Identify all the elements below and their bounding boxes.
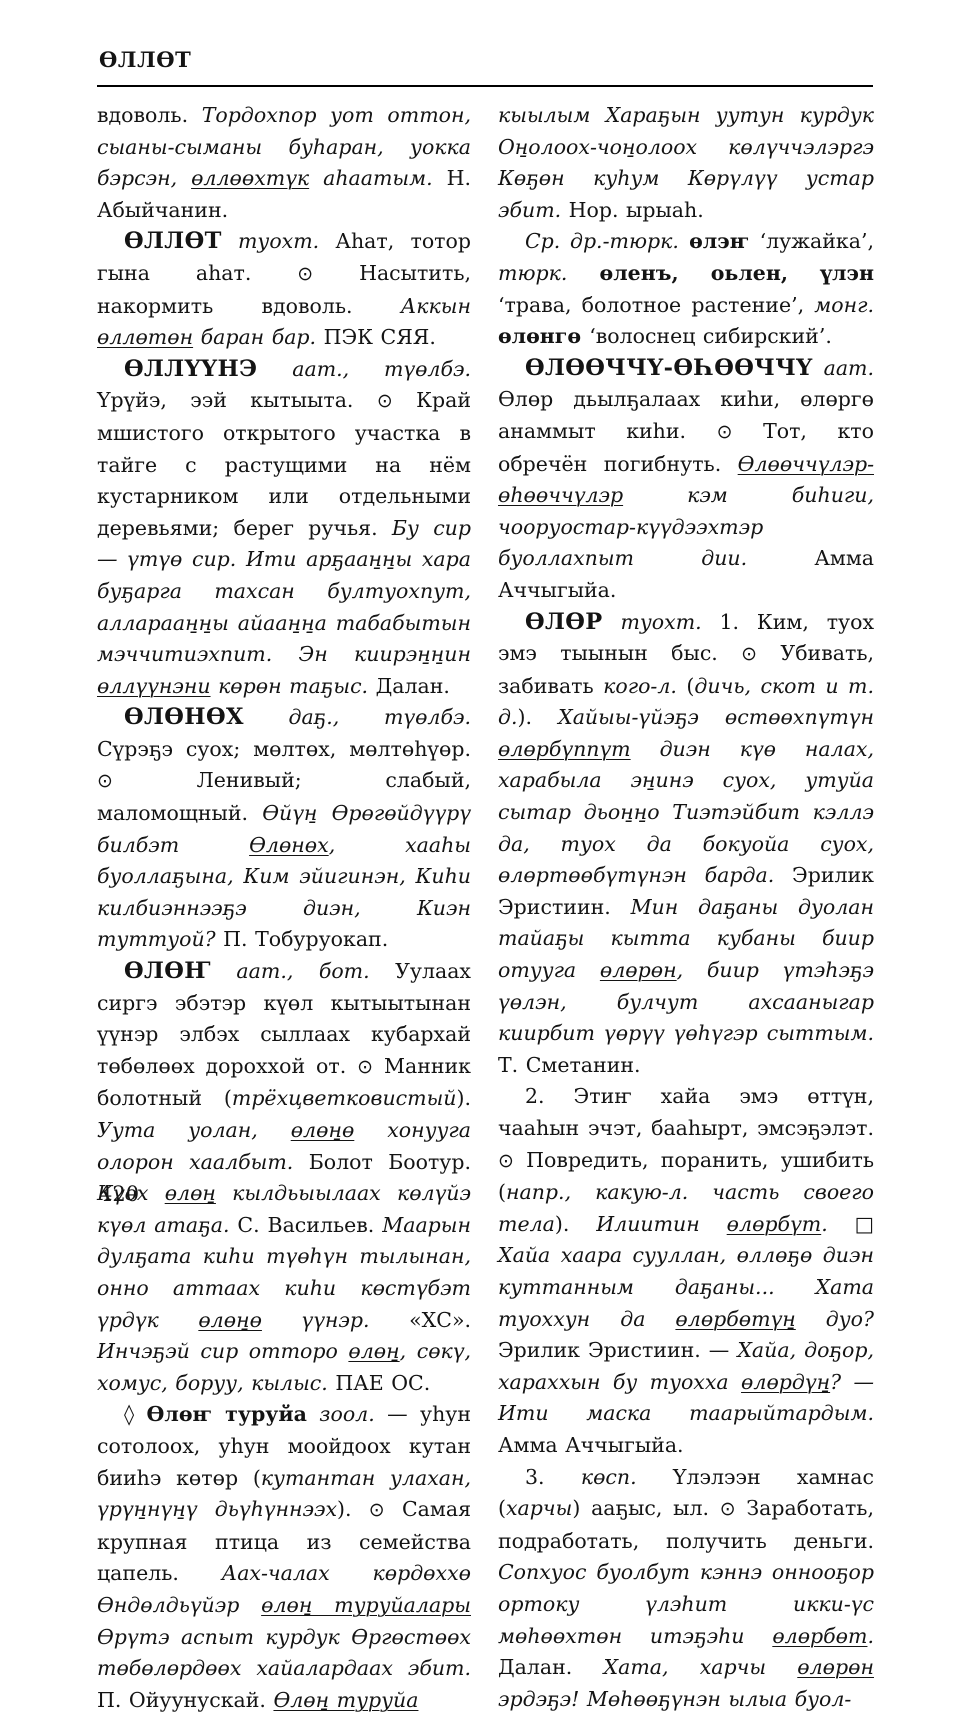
definition-marker-icon: ⊙ (717, 421, 733, 443)
definition-marker-icon: ⊙ (720, 1498, 736, 1520)
italic-run: туохт. (603, 610, 702, 634)
italic-run: зоол. (307, 1402, 375, 1426)
paragraph: ӨЛӨНӨХ даҕ., түөлбэ. Сүрэҕэ суох; мөлтөх… (97, 702, 471, 956)
definition-marker-icon: ⊙ (377, 390, 393, 412)
italic-run: трёхцветковистый (232, 1086, 457, 1110)
headword: ӨЛЛҮҮНЭ (124, 356, 257, 382)
text-run: «ХС». (370, 1308, 479, 1332)
text-run: ( (677, 674, 694, 698)
italic-run: туохт. (222, 229, 319, 253)
diamond-marker-icon: ◊ (124, 1402, 147, 1426)
italic-run: Инчэҕэй сир отторо (97, 1339, 348, 1363)
definition-marker-icon: ⊙ (357, 1056, 373, 1078)
running-head: ӨЛЛӨТ (99, 47, 191, 72)
italic-run: Илиитин (596, 1212, 726, 1236)
underlined-example: өллөөхтүк (191, 166, 309, 190)
definition-marker-icon: ⊙ (741, 643, 757, 665)
text-run: ПЭК СЯЯ. (316, 325, 436, 349)
text-run: ПАЕ ОС. (328, 1371, 430, 1395)
text-run: ). (555, 1212, 596, 1236)
underlined-example: өлөрдүн̱ (741, 1370, 830, 1394)
paragraph: вдоволь. Тордохпор уот оттон, сыаны-сыма… (97, 100, 471, 226)
headword: ӨЛӨҤ (124, 958, 211, 984)
underlined-example: өлөн̱ туруйалары (261, 1593, 471, 1617)
underlined-example: өлөрбөт (772, 1624, 867, 1648)
headword: ӨЛӨӨЧЧҮ-ӨҺӨӨЧЧҮ (525, 355, 813, 381)
text-run: Далан. (368, 674, 450, 698)
text-run: ‘лужайка’, (760, 229, 882, 253)
italic-run: баран бар. (193, 325, 316, 349)
italic-run: Уута уолан, (97, 1118, 291, 1142)
italic-run: Хата, харчы (604, 1655, 798, 1679)
italic-run: аат., түөлбэ. (257, 357, 471, 381)
text-run: ) ааҕыс, ыл. (572, 1496, 719, 1520)
underlined-example: өлөрбүт (727, 1212, 822, 1236)
underlined-example: өлөн̱ (165, 1181, 216, 1205)
italic-run: Ср. др.-тюрк. (525, 229, 679, 253)
italic-run: көсп. (581, 1465, 637, 1489)
right-column: кыылым Хараҕын уутун курдук Он̱олоох-чон… (498, 100, 874, 1715)
text-run: ). (518, 705, 559, 729)
italic-run: аһаатым. (309, 166, 432, 190)
underlined-example: өлөн̱ (348, 1339, 399, 1363)
underlined-example: өллүүнэни (97, 674, 211, 698)
text-run: С. Васильев. (229, 1213, 382, 1237)
paragraph: 3. көсп. Үлэлээн хамнас (харчы) ааҕыс, ы… (498, 1462, 874, 1716)
text-run: П. Тобуруокап. (216, 927, 389, 951)
paragraph: 2. Этиҥ хайа эмэ өттүн, чааһын эчэт, баа… (498, 1081, 874, 1461)
definition-marker-icon: ⊙ (369, 1499, 385, 1521)
dictionary-page: ӨЛЛӨТ вдоволь. Тордохпор уот оттон, сыан… (0, 0, 959, 1274)
italic-run: монг. (814, 293, 874, 317)
definition-marker-icon: ⊙ (498, 1150, 514, 1172)
paragraph: ӨЛЛӨТ туохт. Аһат, тотор гына аһат. ⊙ На… (97, 226, 471, 353)
underlined-example: өлөрбүппүт (498, 737, 631, 761)
headword: ӨЛӨР (525, 609, 603, 635)
paragraph: Ср. др.-тюрк. өлэҥ ‘лужайка’, тюрк. өлен… (498, 226, 874, 352)
italic-run: үүнэр. (262, 1308, 370, 1332)
page-number: 420 (99, 1182, 139, 1206)
header-rule (97, 85, 873, 87)
underlined-example: өлөн̱ө (291, 1118, 355, 1142)
text-run: ‘трава, болотное растение’, (498, 293, 814, 317)
italic-run: Хайыы-үйэҕэ өстөөхпүтүн (558, 705, 881, 729)
italic-run: Аккын (401, 294, 479, 318)
bold-run: өленъ, оьлен, үлэн (567, 261, 882, 285)
left-column: вдоволь. Тордохпор уот оттон, сыаны-сыма… (97, 100, 471, 1716)
paragraph: ӨЛӨР туохт. 1. Ким, туох эмэ тыынын быс.… (498, 607, 874, 1082)
text-run: 3. (525, 1465, 581, 1489)
text-run: Болот Боотур. (293, 1150, 478, 1174)
text-run: 2. Этиҥ хайа эмэ өттүн, чааһын эчэт, баа… (498, 1084, 882, 1140)
paragraph: ӨЛӨҤ аат., бот. Уулаах сиргэ эбэтэр күөл… (97, 956, 471, 1399)
underlined-example: өллөтөн (97, 325, 193, 349)
paragraph: ◊ Өлөҥ туруйа зоол. — уһун сотолоох, уһу… (97, 1399, 471, 1716)
italic-run: тюрк. (498, 261, 567, 285)
headword: ӨЛЛӨТ (124, 228, 222, 254)
bold-run: өлэҥ (679, 229, 760, 253)
paragraph: ӨЛӨӨЧЧҮ-ӨҺӨӨЧЧҮ аат. Өлөр дьылҕалаах киһ… (498, 353, 874, 607)
italic-run: даҕ., түөлбэ. (244, 705, 471, 729)
text-run: Нор. ырыаһ. (561, 198, 704, 222)
italic-run: дуо? (796, 1307, 874, 1331)
definition-marker-icon: ⊙ (97, 770, 113, 792)
text-run: ‘волоснец сибирский’. (589, 324, 832, 348)
paragraph: ӨЛЛҮҮНЭ аат., түөлбэ. Үрүйэ, ээй кытыыта… (97, 354, 471, 703)
definition-marker-icon: ⊙ (297, 263, 313, 285)
italic-run: аат. (813, 356, 874, 380)
underlined-example: Өлөнөх (249, 833, 329, 857)
text-run: ). (456, 1086, 478, 1110)
underlined-example: өлөн̱ө (198, 1308, 262, 1332)
text-run: вдоволь. (97, 103, 202, 127)
italic-run: аат., бот. (211, 959, 370, 983)
bold-run: Өлөҥ туруйа (147, 1402, 307, 1426)
underlined-example: өлөрөн (797, 1655, 874, 1679)
square-marker-icon: □ (828, 1212, 882, 1236)
italic-run: харчы (506, 1496, 572, 1520)
italic-run: көрөн таҕыс. (211, 674, 369, 698)
italic-run: кого-л. (603, 674, 677, 698)
headword: ӨЛӨНӨХ (124, 704, 244, 730)
underlined-example: өлөрөн (600, 958, 677, 982)
paragraph: кыылым Хараҕын уутун курдук Он̱олоох-чон… (498, 100, 874, 226)
text-run: ). (337, 1497, 369, 1521)
underlined-example: Өлөн̱ туруйа (273, 1688, 418, 1712)
underlined-example: өлөрбөтүн̱ (675, 1307, 795, 1331)
